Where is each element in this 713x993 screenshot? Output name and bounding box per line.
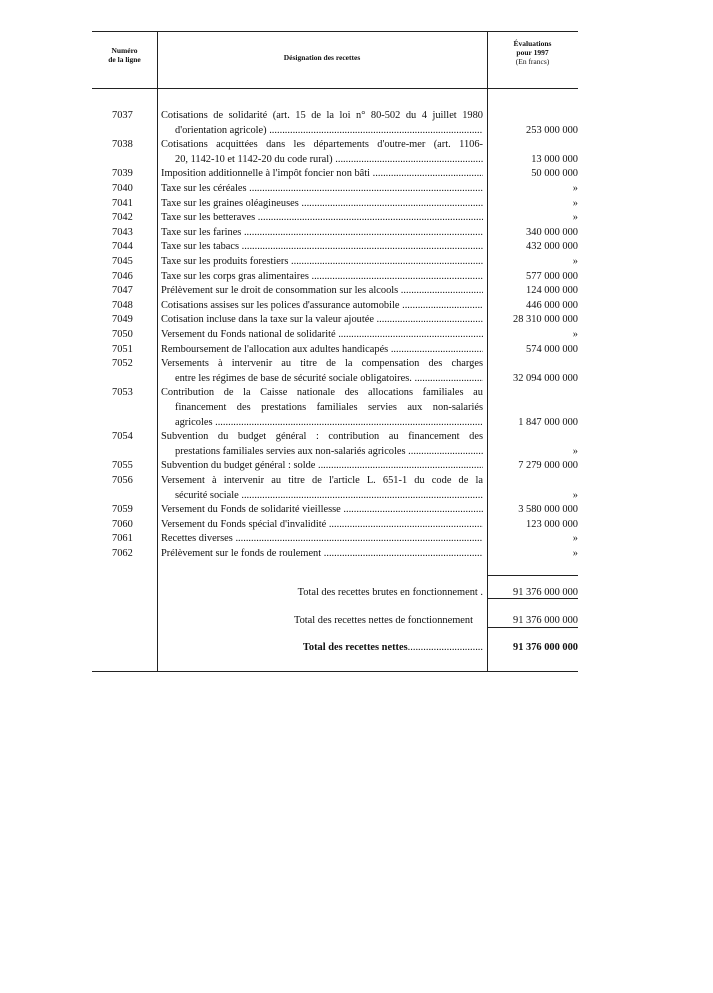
header-line-number-2: de la ligne bbox=[92, 55, 157, 64]
total-gross-operating-value: 91 376 000 000 bbox=[487, 586, 578, 600]
evaluation-value: 50 000 000 bbox=[487, 167, 578, 182]
designation: Versement à intervenir au titre de l'art… bbox=[161, 474, 483, 503]
designation-line: Taxe sur les céréales bbox=[161, 182, 483, 197]
total-net-operating-value: 91 376 000 000 bbox=[487, 614, 578, 628]
evaluation-value: » bbox=[487, 547, 578, 562]
designation-line: Subvention du budget général : solde bbox=[161, 459, 483, 474]
designation: Taxe sur les graines oléagineuses bbox=[161, 197, 483, 212]
designation-line: Prélèvement sur le droit de consommation… bbox=[161, 284, 483, 299]
designation-line: Versement à intervenir au titre de l'art… bbox=[161, 474, 483, 489]
designation-line: Versement du Fonds de solidarité vieille… bbox=[161, 503, 483, 518]
evaluation-value: 432 000 000 bbox=[487, 240, 578, 255]
designation: Cotisations acquittées dans les départem… bbox=[161, 138, 483, 167]
total-gross-operating-label: Total des recettes brutes en fonctionnem… bbox=[161, 586, 483, 600]
evaluation-value: » bbox=[487, 328, 578, 343]
header-evaluation: Évaluations pour 1997 (En francs) bbox=[487, 39, 578, 66]
designation-line: Remboursement de l'allocation aux adulte… bbox=[161, 343, 483, 358]
designation-line: Recettes diverses bbox=[161, 532, 483, 547]
evaluation-value: » bbox=[487, 211, 578, 226]
evaluation-value: 124 000 000 bbox=[487, 284, 578, 299]
designation-line: 20, 1142-10 et 1142-20 du code rural) bbox=[161, 153, 483, 168]
designation-line: d'orientation agricole) bbox=[161, 124, 483, 139]
line-number: 7049 bbox=[112, 313, 152, 328]
evaluation-value: » bbox=[487, 255, 578, 270]
designation-line: Prélèvement sur le fonds de roulement bbox=[161, 547, 483, 562]
designation: Taxe sur les produits forestiers bbox=[161, 255, 483, 270]
designation-line: Taxe sur les betteraves bbox=[161, 211, 483, 226]
evaluation-value: » bbox=[487, 532, 578, 547]
designation: Cotisations de solidarité (art. 15 de la… bbox=[161, 109, 483, 138]
designation-line: Versements à intervenir au titre de la c… bbox=[161, 357, 483, 372]
designation: Taxe sur les farines bbox=[161, 226, 483, 241]
designation: Remboursement de l'allocation aux adulte… bbox=[161, 343, 483, 358]
line-number: 7041 bbox=[112, 197, 152, 212]
designation-line: Taxe sur les graines oléagineuses bbox=[161, 197, 483, 212]
designation-line: Cotisations de solidarité (art. 15 de la… bbox=[161, 109, 483, 124]
evaluation-value: 577 000 000 bbox=[487, 270, 578, 285]
designation-line: sécurité sociale bbox=[161, 489, 483, 504]
designation-line: financement des prestations familiales s… bbox=[161, 401, 483, 416]
designation: Cotisation incluse dans la taxe sur la v… bbox=[161, 313, 483, 328]
line-number: 7054 bbox=[112, 430, 152, 445]
designation: Imposition additionnelle à l'impôt fonci… bbox=[161, 167, 483, 182]
designation-line: Contribution de la Caisse nationale des … bbox=[161, 386, 483, 401]
designation-line: Versement du Fonds spécial d'invalidité bbox=[161, 518, 483, 533]
line-number: 7061 bbox=[112, 532, 152, 547]
table-bottom-rule bbox=[92, 671, 578, 672]
designation: Subvention du budget général : contribut… bbox=[161, 430, 483, 459]
line-number: 7052 bbox=[112, 357, 152, 372]
designation: Contribution de la Caisse nationale des … bbox=[161, 386, 483, 430]
total-net-value: 91 376 000 000 bbox=[487, 641, 578, 655]
header-evaluation-3: (En francs) bbox=[487, 57, 578, 66]
header-designation: Désignation des recettes bbox=[157, 53, 487, 62]
line-number: 7047 bbox=[112, 284, 152, 299]
designation-line: prestations familiales servies aux non-s… bbox=[161, 445, 483, 460]
total-net-operating-label: Total des recettes nettes de fonctionnem… bbox=[161, 614, 483, 628]
evaluation-value: 13 000 000 bbox=[487, 153, 578, 168]
designation: Versement du Fonds spécial d'invalidité bbox=[161, 518, 483, 533]
line-number: 7055 bbox=[112, 459, 152, 474]
designation: Prélèvement sur le droit de consommation… bbox=[161, 284, 483, 299]
header-line-number-1: Numéro bbox=[92, 46, 157, 55]
line-number: 7053 bbox=[112, 386, 152, 401]
line-number: 7046 bbox=[112, 270, 152, 285]
line-number: 7040 bbox=[112, 182, 152, 197]
line-number: 7045 bbox=[112, 255, 152, 270]
designation: Versement du Fonds de solidarité vieille… bbox=[161, 503, 483, 518]
designation-line: Taxe sur les farines bbox=[161, 226, 483, 241]
designation: Taxe sur les betteraves bbox=[161, 211, 483, 226]
designation-line: Versement du Fonds national de solidarit… bbox=[161, 328, 483, 343]
evaluation-value: 32 094 000 000 bbox=[487, 372, 578, 387]
designation-line: Cotisations acquittées dans les départem… bbox=[161, 138, 483, 153]
designation: Prélèvement sur le fonds de roulement bbox=[161, 547, 483, 562]
leader-dots: ............................. bbox=[408, 642, 483, 653]
designation-line: agricoles bbox=[161, 416, 483, 431]
line-number: 7039 bbox=[112, 167, 152, 182]
header-bottom-rule bbox=[92, 88, 578, 89]
designation-line: Imposition additionnelle à l'impôt fonci… bbox=[161, 167, 483, 182]
evaluation-value: 1 847 000 000 bbox=[487, 416, 578, 431]
designation: Taxe sur les corps gras alimentaires bbox=[161, 270, 483, 285]
evaluation-value: 574 000 000 bbox=[487, 343, 578, 358]
designation: Versements à intervenir au titre de la c… bbox=[161, 357, 483, 386]
designation: Subvention du budget général : solde bbox=[161, 459, 483, 474]
line-number: 7050 bbox=[112, 328, 152, 343]
line-number: 7056 bbox=[112, 474, 152, 489]
line-number: 7059 bbox=[112, 503, 152, 518]
designation-line: Taxe sur les corps gras alimentaires bbox=[161, 270, 483, 285]
line-number: 7037 bbox=[112, 109, 152, 124]
designation: Versement du Fonds national de solidarit… bbox=[161, 328, 483, 343]
header-evaluation-2: pour 1997 bbox=[487, 48, 578, 57]
line-number: 7062 bbox=[112, 547, 152, 562]
line-number: 7042 bbox=[112, 211, 152, 226]
evaluation-value: » bbox=[487, 489, 578, 504]
designation: Taxe sur les céréales bbox=[161, 182, 483, 197]
line-number: 7043 bbox=[112, 226, 152, 241]
total-net-label: Total des recettes nettes...............… bbox=[161, 641, 483, 655]
budget-table-page: Numéro de la ligne Désignation des recet… bbox=[0, 0, 713, 993]
evaluation-value: 123 000 000 bbox=[487, 518, 578, 533]
header-line-number: Numéro de la ligne bbox=[92, 46, 157, 64]
header-evaluation-1: Évaluations bbox=[487, 39, 578, 48]
line-number: 7060 bbox=[112, 518, 152, 533]
evaluation-value: 446 000 000 bbox=[487, 299, 578, 314]
evaluation-value: 253 000 000 bbox=[487, 124, 578, 139]
total-net-label-text: Total des recettes nettes bbox=[303, 642, 408, 653]
line-number: 7048 bbox=[112, 299, 152, 314]
rule-after-last-line bbox=[487, 575, 578, 576]
designation-line: Cotisations assises sur les polices d'as… bbox=[161, 299, 483, 314]
designation: Recettes diverses bbox=[161, 532, 483, 547]
designation: Taxe sur les tabacs bbox=[161, 240, 483, 255]
column-divider-left bbox=[157, 31, 158, 671]
designation-line: Cotisation incluse dans la taxe sur la v… bbox=[161, 313, 483, 328]
evaluation-value: 28 310 000 000 bbox=[487, 313, 578, 328]
evaluation-value: » bbox=[487, 197, 578, 212]
designation-line: Taxe sur les tabacs bbox=[161, 240, 483, 255]
line-number: 7051 bbox=[112, 343, 152, 358]
line-number: 7038 bbox=[112, 138, 152, 153]
designation-line: Subvention du budget général : contribut… bbox=[161, 430, 483, 445]
designation: Cotisations assises sur les polices d'as… bbox=[161, 299, 483, 314]
designation-line: entre les régimes de base de sécurité so… bbox=[161, 372, 483, 387]
line-number: 7044 bbox=[112, 240, 152, 255]
evaluation-value: 3 580 000 000 bbox=[487, 503, 578, 518]
table-top-rule bbox=[92, 31, 578, 32]
evaluation-value: » bbox=[487, 445, 578, 460]
evaluation-value: 7 279 000 000 bbox=[487, 459, 578, 474]
designation-line: Taxe sur les produits forestiers bbox=[161, 255, 483, 270]
evaluation-value: » bbox=[487, 182, 578, 197]
evaluation-value: 340 000 000 bbox=[487, 226, 578, 241]
